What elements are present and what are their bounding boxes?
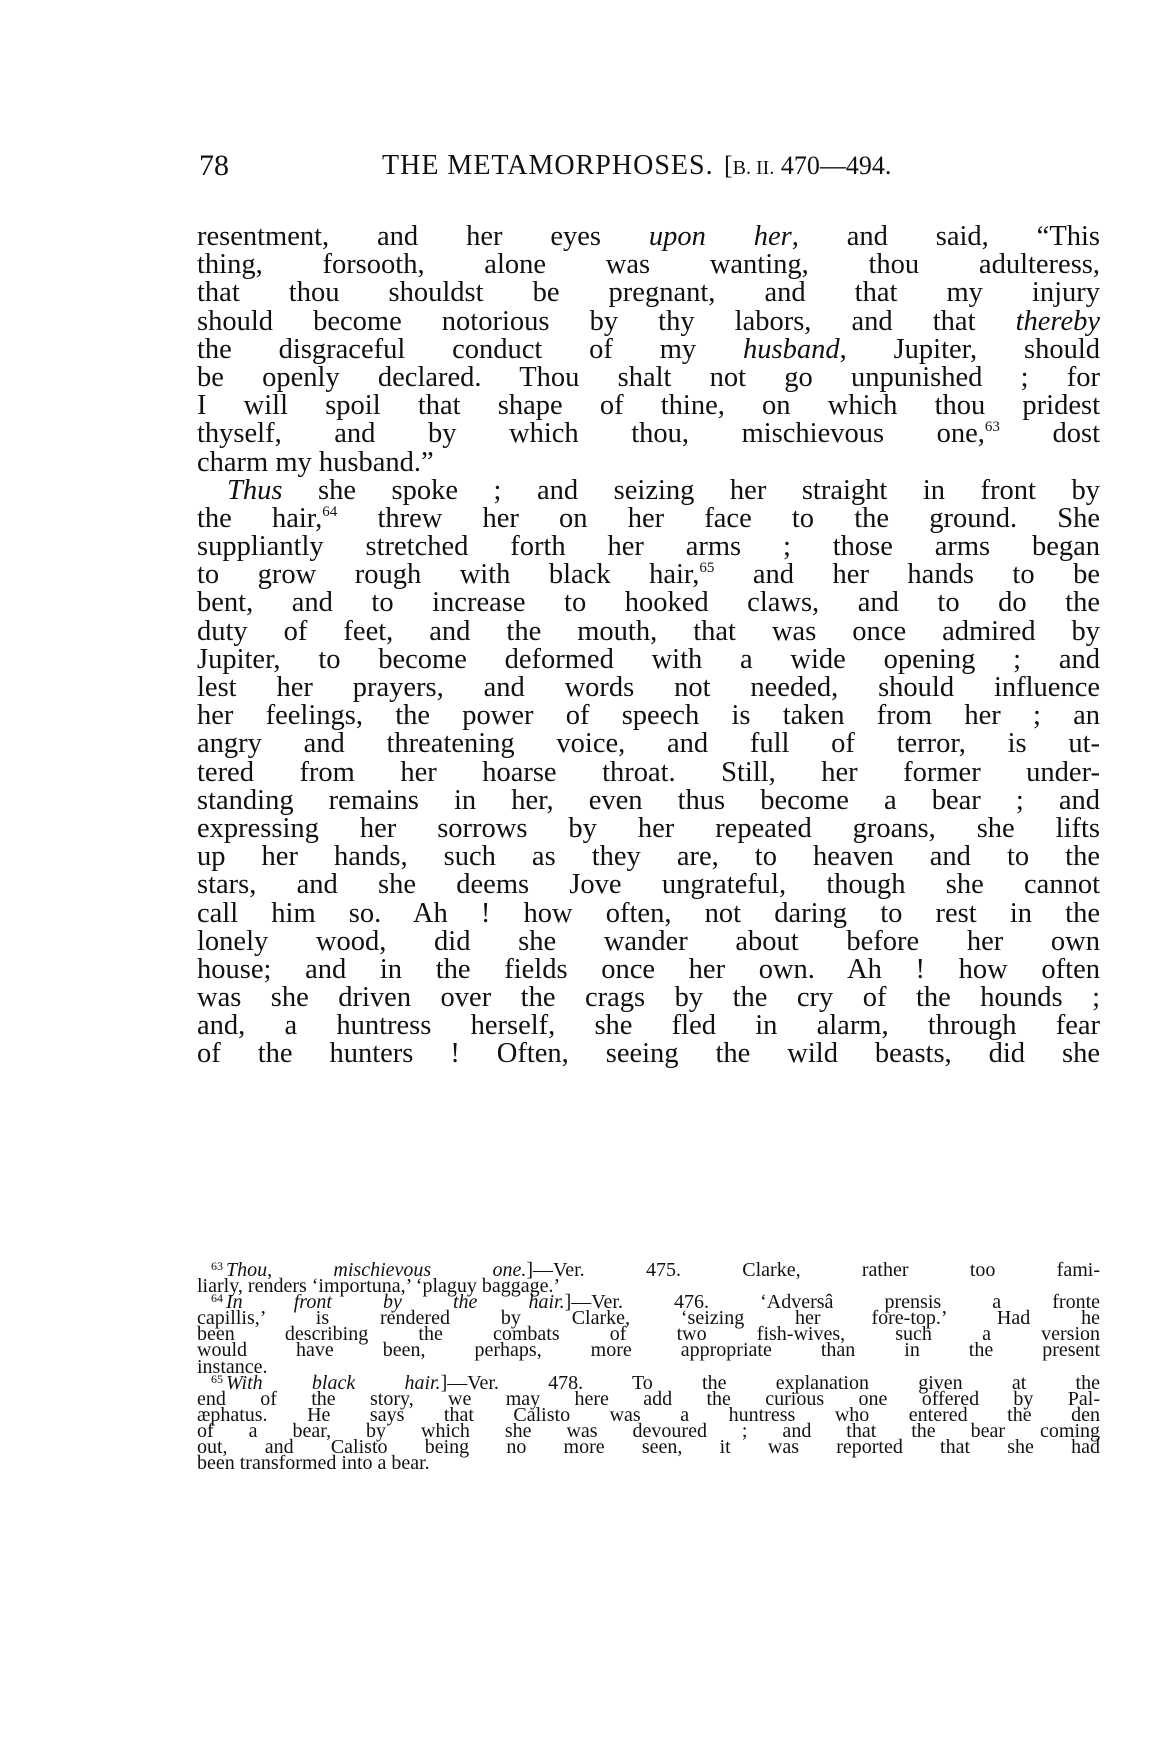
- page-number: 78: [199, 148, 229, 184]
- footnote-65: 65With black hair.]—Ver. 478. To the exp…: [197, 1375, 1100, 1472]
- footnote-ref-63[interactable]: 63: [985, 419, 1000, 435]
- text-line: suppliantly stretched forth her arms ; t…: [197, 533, 1100, 561]
- paragraph-start-line: Thus she spoke ; and seizing her straigh…: [197, 477, 1100, 505]
- footnote-64: 64In front by the hair.]—Ver. 476. ‘Adve…: [197, 1294, 1100, 1374]
- italic-emphasis: thereby: [1016, 306, 1100, 337]
- text-line: the hair,64 threw her on her face to the…: [197, 505, 1100, 533]
- text-line: thyself, and by which thou, mischievous …: [197, 420, 1100, 448]
- text-line: lest her prayers, and words not needed, …: [197, 674, 1100, 702]
- text-line: the disgraceful conduct of my husband, J…: [197, 336, 1100, 364]
- footnote-63: 63Thou, mischievous one.]—Ver. 475. Clar…: [197, 1262, 1100, 1294]
- section-ref-bracket: [: [724, 151, 733, 180]
- italic-emphasis: upon her: [649, 221, 792, 252]
- text-line: of the hunters ! Often, seeing the wild …: [197, 1040, 1100, 1068]
- text-line: her feelings, the power of speech is tak…: [197, 702, 1100, 730]
- text-line: that thou shouldst be pregnant, and that…: [197, 279, 1100, 307]
- italic-emphasis: Thus: [227, 475, 282, 506]
- text-line: expressing her sorrows by her repeated g…: [197, 815, 1100, 843]
- footnote-ref-64[interactable]: 64: [322, 504, 337, 520]
- footnote-ref-65[interactable]: 65: [699, 560, 714, 576]
- footnote-number: 63: [211, 1259, 223, 1273]
- text-line: house; and in the fields once her own. A…: [197, 956, 1100, 984]
- text-line: up her hands, such as they are, to heave…: [197, 843, 1100, 871]
- running-head: 78 THE METAMORPHOSES. [B. II. 470—494.: [197, 148, 1100, 184]
- section-ref-lines: 470—494.: [774, 151, 891, 180]
- text-line: tered from her hoarse throat. Still, her…: [197, 759, 1100, 787]
- text-line: should become notorious by thy labors, a…: [197, 308, 1100, 336]
- section-reference: [B. II. 470—494.: [724, 148, 891, 186]
- text-line: bent, and to increase to hooked claws, a…: [197, 589, 1100, 617]
- text-line: standing remains in her, even thus becom…: [197, 787, 1100, 815]
- footnote-line: would have been, perhaps, more appropria…: [197, 1342, 1100, 1358]
- text-line: angry and threatening voice, and full of…: [197, 730, 1100, 758]
- footnote-number: 64: [211, 1291, 223, 1305]
- footnotes: 63Thou, mischievous one.]—Ver. 475. Clar…: [197, 1262, 1100, 1471]
- text-line: duty of feet, and the mouth, that was on…: [197, 618, 1100, 646]
- text-line: and, a huntress herself, she fled in ala…: [197, 1012, 1100, 1040]
- italic-emphasis: husband: [743, 334, 840, 365]
- text-line: charm my husband.”: [197, 449, 1100, 477]
- text-line: be openly declared. Thou shalt not go un…: [197, 364, 1100, 392]
- text-line: thing, forsooth, alone was wanting, thou…: [197, 251, 1100, 279]
- text-line: lonely wood, did she wander about before…: [197, 928, 1100, 956]
- section-ref-book: B. II.: [733, 157, 775, 179]
- text-line: call him so. Ah ! how often, not daring …: [197, 900, 1100, 928]
- body-text: resentment, and her eyes upon her, and s…: [197, 223, 1100, 1069]
- text-line: I will spoil that shape of thine, on whi…: [197, 392, 1100, 420]
- text-line: stars, and she deems Jove ungrateful, th…: [197, 871, 1100, 899]
- text-line: to grow rough with black hair,65 and her…: [197, 561, 1100, 589]
- text-line: was she driven over the crags by the cry…: [197, 984, 1100, 1012]
- text-line: Jupiter, to become deformed with a wide …: [197, 646, 1100, 674]
- text-line: resentment, and her eyes upon her, and s…: [197, 223, 1100, 251]
- footnote-number: 65: [211, 1372, 223, 1386]
- running-title: THE METAMORPHOSES.: [382, 148, 714, 184]
